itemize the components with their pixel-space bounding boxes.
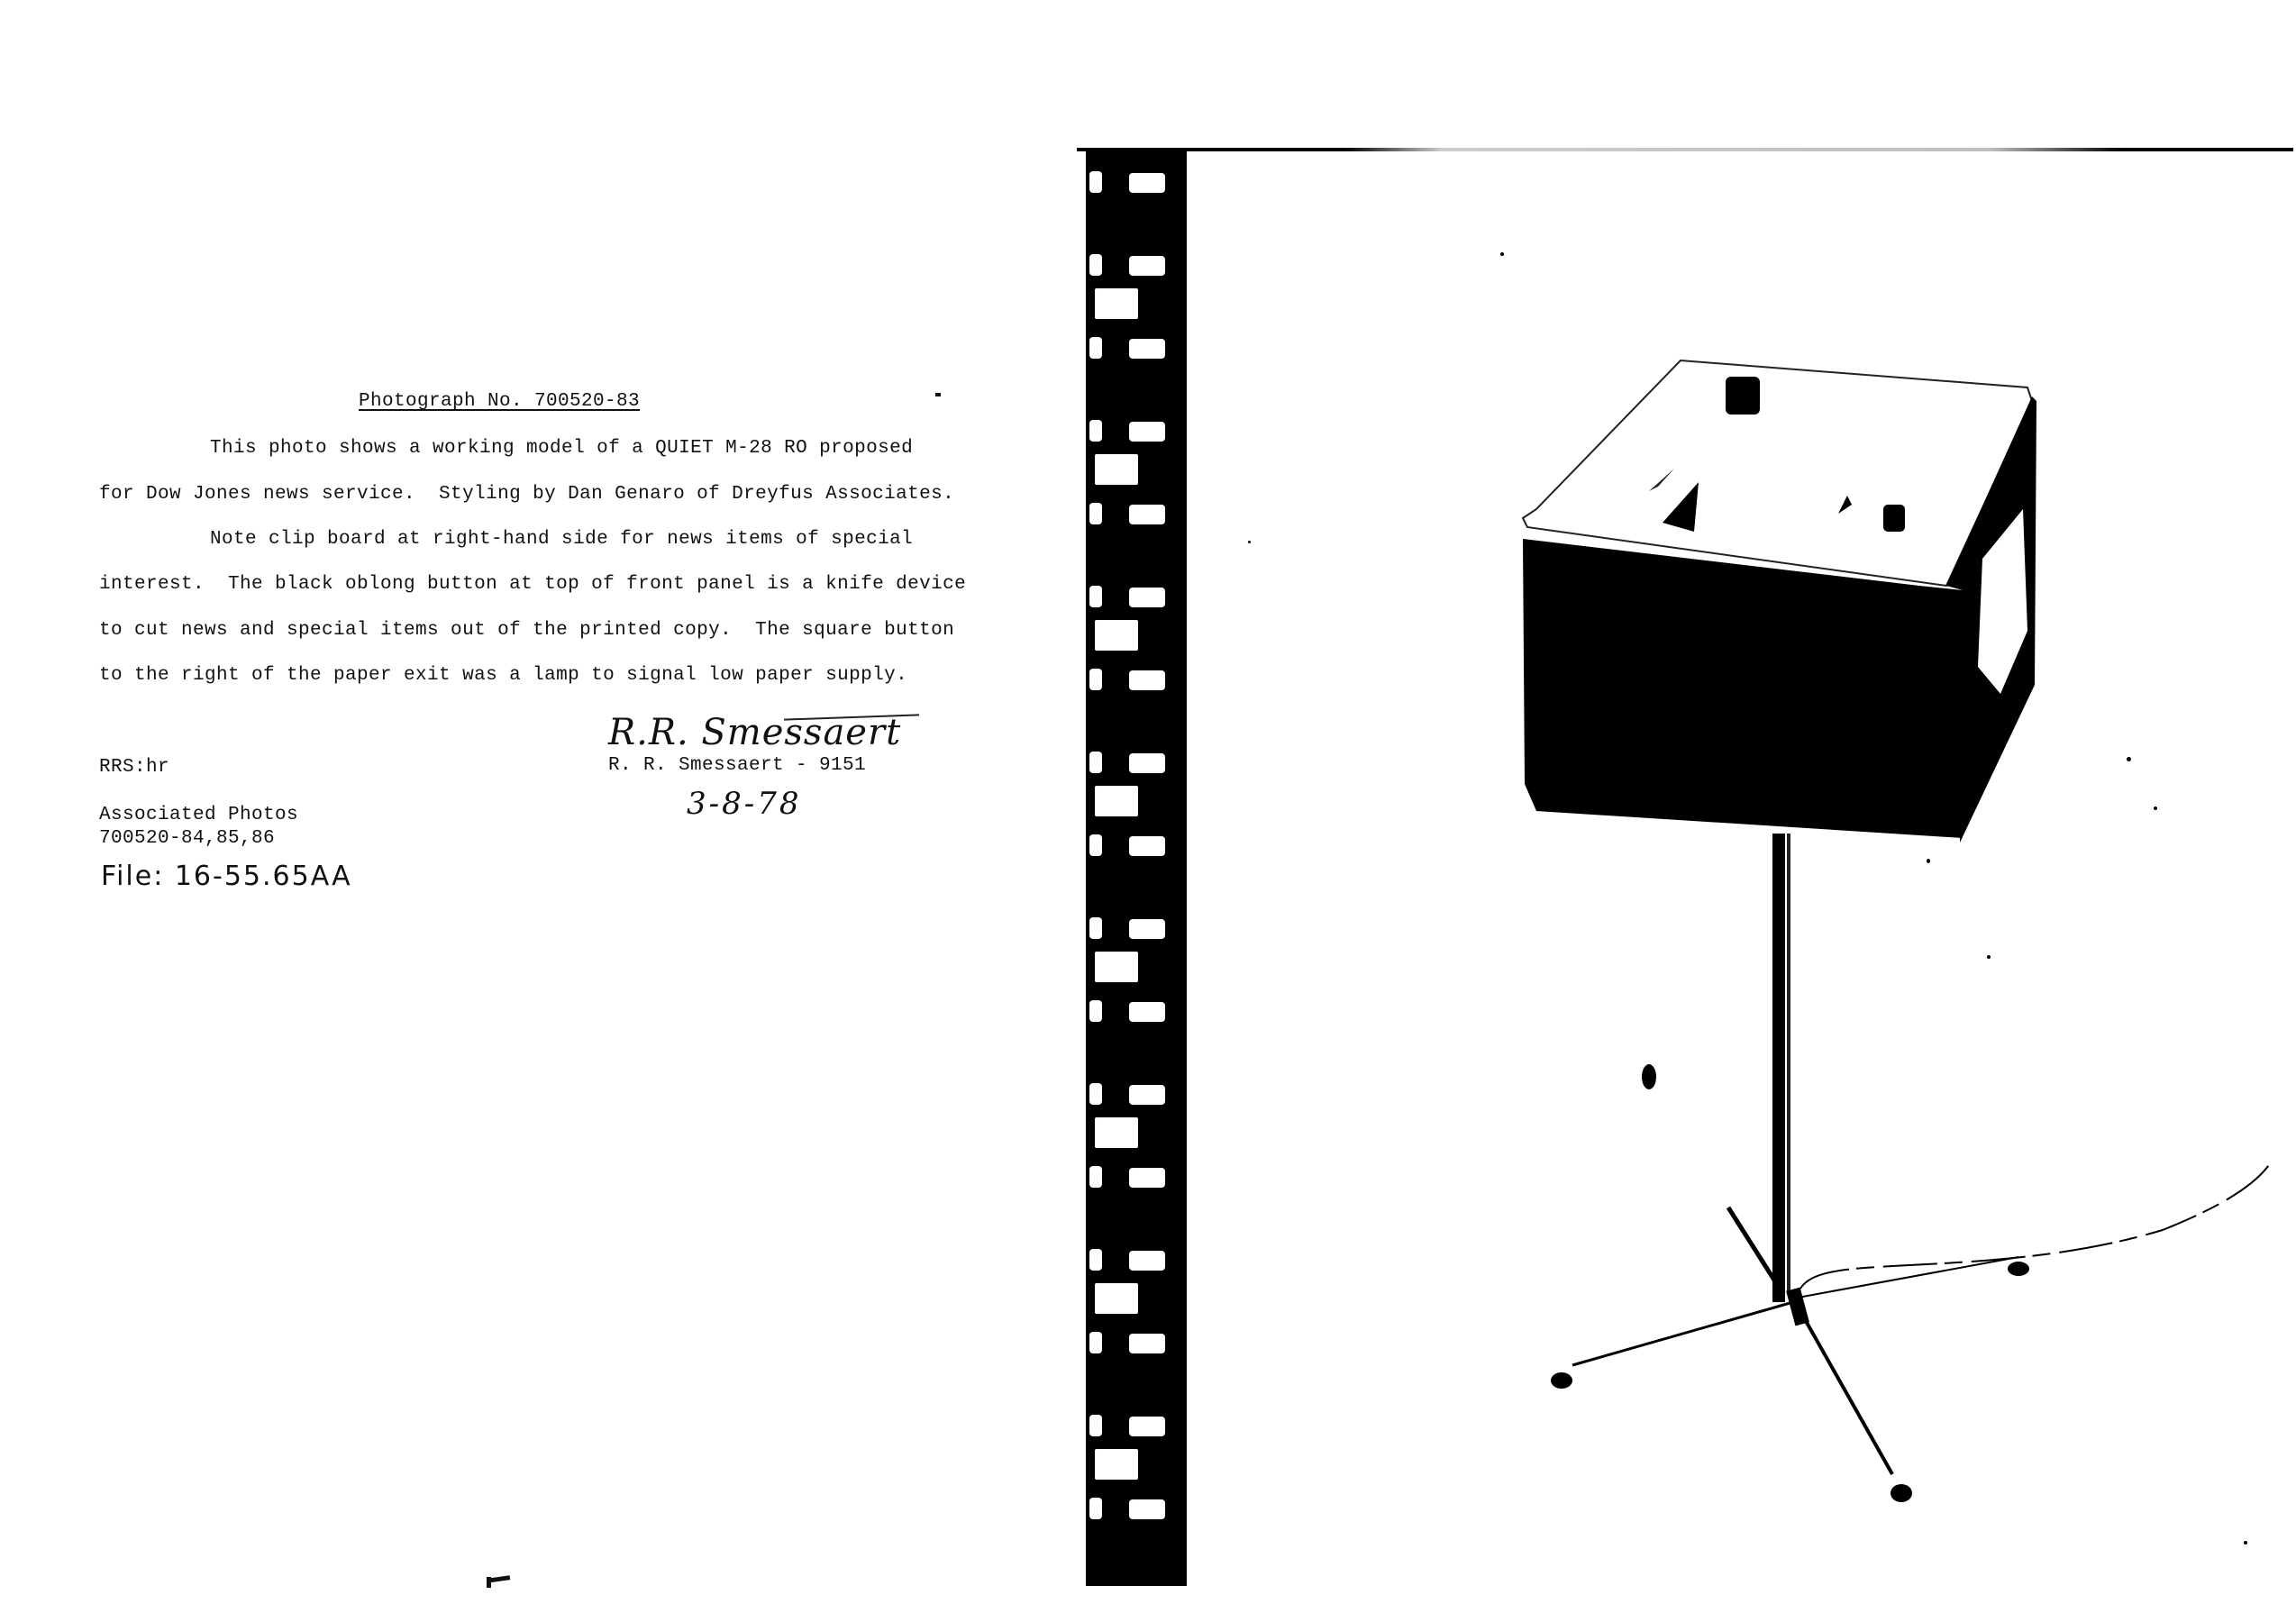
caster [1642, 1064, 1656, 1089]
caster [1551, 1372, 1572, 1389]
knife-oblong-button [1726, 377, 1760, 415]
stand-leg [1572, 1302, 1793, 1365]
speck [1927, 859, 1930, 863]
stand-leg [1798, 1307, 1892, 1474]
caster [1891, 1484, 1912, 1502]
caster [2008, 1262, 2029, 1276]
speck [1248, 541, 1251, 543]
speck [2154, 806, 2157, 810]
lamp-square-button [1883, 505, 1905, 532]
power-cable [1800, 1162, 2271, 1289]
stand-leg [1798, 1257, 2018, 1298]
stand-hub [1786, 1288, 1809, 1326]
speck [2244, 1541, 2247, 1545]
speck [1987, 955, 1991, 959]
machine-front-panel [1523, 539, 1963, 838]
speck [2127, 757, 2131, 761]
speck [1500, 252, 1504, 256]
teleprinter-photo [0, 0, 2296, 1622]
stand-leg [1728, 1207, 1780, 1289]
pedestal-pole [1772, 834, 1785, 1302]
